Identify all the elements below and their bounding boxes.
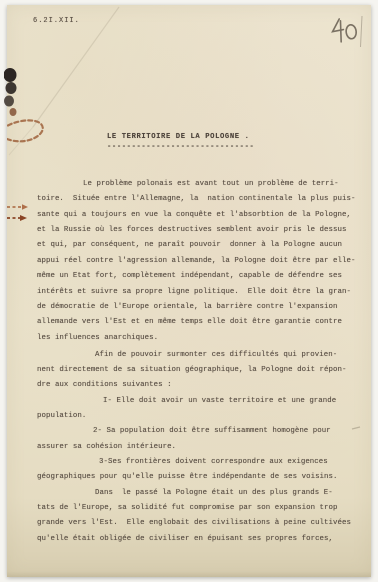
document-line: 2- Sa population doit être suffisamment … <box>93 427 331 435</box>
document-line: toire. Située entre l'Allemagne, la nati… <box>37 195 355 203</box>
document-line: et la Russie où les forces destructives … <box>37 226 346 234</box>
document-line: tats de l'Europe, sa solidité fut compro… <box>37 504 338 512</box>
paper: 6.2I.XII. LE TERRITOIRE DE LA POLOGNE . <box>7 5 371 577</box>
typed-reference: 6.2I.XII. <box>33 17 80 25</box>
title-underline: ------------------------------ <box>107 143 254 151</box>
document-line: intérêts et suivre sa propre ligne polit… <box>37 288 351 296</box>
document-line: les influences anarchiques. <box>37 334 158 342</box>
document-line: allemande vers l'Est et en même temps el… <box>37 318 342 326</box>
document-line: Dans le passé la Pologne était un des pl… <box>95 489 333 497</box>
document-line: de démocratie de l'Europe orientale, la … <box>37 303 338 311</box>
document-line: sante qui a toujours en vue la conquête … <box>37 211 351 219</box>
document-line: I- Elle doit avoir un vaste territoire e… <box>103 397 336 405</box>
document-line: assurer sa cohésion intérieure. <box>37 443 176 451</box>
document-line: même un Etat fort, complètement indépend… <box>37 272 342 280</box>
document-line: appui réel contre l'agression allemande,… <box>37 257 355 265</box>
document-line: grande vers l'Est. Elle englobait des ci… <box>37 519 351 527</box>
paperclip-rust-stain <box>7 105 53 151</box>
document-title: LE TERRITOIRE DE LA POLOGNE . <box>107 133 254 141</box>
document-line: population. <box>37 412 86 420</box>
margin-arrow-annotations <box>7 202 35 228</box>
title-block: LE TERRITOIRE DE LA POLOGNE . ----------… <box>107 133 254 151</box>
handwritten-page-number <box>327 13 371 57</box>
document-line: Le problème polonais est avant tout un p… <box>83 180 339 188</box>
document-line: dre aux conditions suivantes : <box>37 381 172 389</box>
margin-smudge <box>352 427 360 429</box>
document-line: 3-Ses frontières doivent correspondre au… <box>99 458 328 466</box>
scanned-document-photo: { "document": { "reference": "6.2I.XII."… <box>0 0 378 582</box>
document-line: et qui, par conséquent, ne paraît pouvoi… <box>37 241 342 249</box>
document-line: qu'elle était obligée de civiliser en ép… <box>37 535 333 543</box>
document-line: géographiques pour qu'elle puisse être i… <box>37 473 338 481</box>
document-line: nent directement de sa situation géograp… <box>37 366 346 374</box>
document-line: Afin de pouvoir surmonter ces difficulté… <box>95 351 337 359</box>
